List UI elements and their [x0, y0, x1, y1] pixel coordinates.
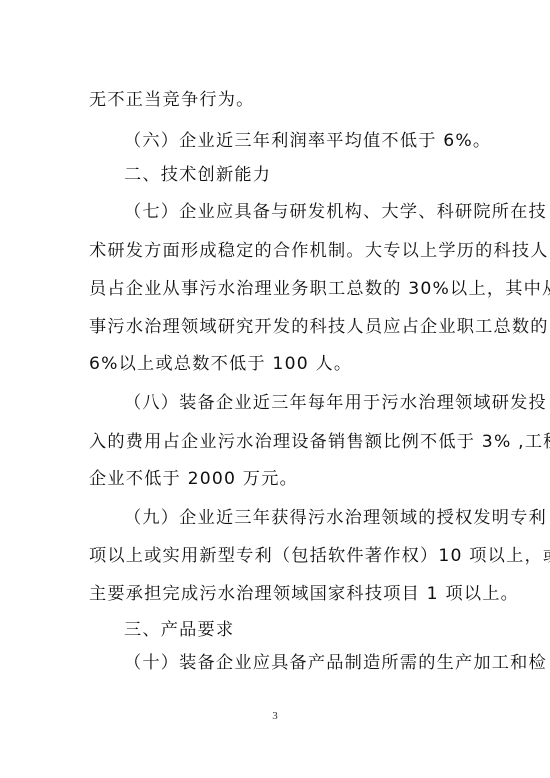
- item-six: （六）企业近三年利润率平均值不低于 6%。: [124, 130, 496, 152]
- item-eight: （八）装备企业近三年每年用于污水治理领域研发投: [124, 392, 496, 414]
- paragraph-line: 项以上或实用新型专利（包括软件著作权）10 项以上，或: [89, 545, 461, 567]
- page-number: 3: [0, 710, 550, 722]
- section-heading-product-requirements: 三、产品要求: [124, 619, 496, 641]
- item-seven: （七）企业应具备与研发机构、大学、科研院所在技: [124, 201, 496, 223]
- document-page: 无不正当竞争行为。 （六）企业近三年利润率平均值不低于 6%。 二、技术创新能力…: [0, 0, 550, 778]
- section-heading-tech-innovation: 二、技术创新能力: [124, 164, 496, 186]
- paragraph-line: 术研发方面形成稳定的合作机制。大专以上学历的科技人: [89, 240, 461, 262]
- paragraph-line: 企业不低于 2000 万元。: [89, 468, 461, 490]
- paragraph-line: 主要承担完成污水治理领域国家科技项目 1 项以上。: [89, 583, 461, 605]
- paragraph-line: 事污水治理领域研究开发的科技人员应占企业职工总数的: [89, 316, 461, 338]
- paragraph-line: 入的费用占企业污水治理设备销售额比例不低于 3% ,工程: [89, 431, 461, 453]
- paragraph-line: 无不正当竞争行为。: [89, 89, 461, 111]
- paragraph-line: 员占企业从事污水治理业务职工总数的 30%以上，其中从: [89, 278, 461, 300]
- item-ten: （十）装备企业应具备产品制造所需的生产加工和检: [124, 652, 496, 674]
- item-nine: （九）企业近三年获得污水治理领域的授权发明专利 1: [124, 507, 496, 529]
- paragraph-line: 6%以上或总数不低于 100 人。: [89, 353, 461, 375]
